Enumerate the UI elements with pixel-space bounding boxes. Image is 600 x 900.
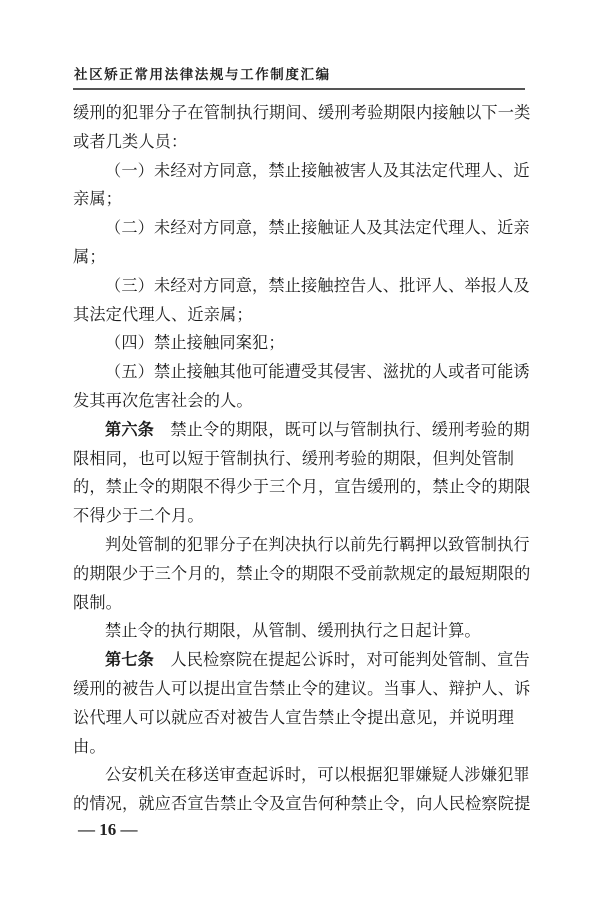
- line-text: 其法定代理人、近亲属；: [73, 305, 253, 324]
- document-page: 社区矫正常用法律法规与工作制度汇编 缓刑的犯罪分子在管制执行期间、缓刑考验期限内…: [0, 0, 600, 900]
- line-text: 的期限少于三个月的，禁止令的期限不受前款规定的最短期限的: [73, 564, 530, 583]
- line-text: 不得少于二个月。: [73, 506, 204, 525]
- line-text: 禁止令的执行期限，从管制、缓刑执行之日起计算。: [105, 621, 481, 640]
- text-line: 属；: [73, 243, 525, 272]
- line-text: 亲属；: [73, 189, 122, 208]
- text-line: 由。: [73, 733, 525, 762]
- text-line: 第六条 禁止令的期限，既可以与管制执行、缓刑考验的期: [73, 416, 525, 445]
- text-line: 公安机关在移送审查起诉时，可以根据犯罪嫌疑人涉嫌犯罪: [73, 761, 525, 790]
- line-text: 限相同，也可以短于管制执行、缓刑考验的期限，但判处管制: [73, 449, 514, 468]
- text-line: 的，禁止令的期限不得少于三个月，宣告缓刑的，禁止令的期限: [73, 473, 525, 502]
- text-line: 缓刑的犯罪分子在管制执行期间、缓刑考验期限内接触以下一类: [73, 99, 525, 128]
- text-line: （一）未经对方同意，禁止接触被害人及其法定代理人、近: [73, 157, 525, 186]
- line-text: （四）禁止接触同案犯；: [105, 333, 285, 352]
- body-text: 缓刑的犯罪分子在管制执行期间、缓刑考验期限内接触以下一类或者几类人员：（一）未经…: [73, 99, 525, 819]
- line-text: （五）禁止接触其他可能遭受其侵害、滋扰的人或者可能诱: [105, 362, 530, 381]
- line-text: 缓刑的被告人可以提出宣告禁止令的建议。当事人、辩护人、诉: [73, 679, 530, 698]
- text-line: 不得少于二个月。: [73, 502, 525, 531]
- text-line: （五）禁止接触其他可能遭受其侵害、滋扰的人或者可能诱: [73, 358, 525, 387]
- text-line: 限制。: [73, 589, 525, 618]
- text-line: 第七条 人民检察院在提起公诉时，对可能判处管制、宣告: [73, 646, 525, 675]
- line-text: 判处管制的犯罪分子在判决执行以前先行羁押以致管制执行: [105, 535, 530, 554]
- line-text: （一）未经对方同意，禁止接触被害人及其法定代理人、近: [105, 161, 530, 180]
- text-line: 亲属；: [73, 185, 525, 214]
- line-text: （二）未经对方同意，禁止接触证人及其法定代理人、近亲: [105, 218, 530, 237]
- text-line: 判处管制的犯罪分子在判决执行以前先行羁押以致管制执行: [73, 531, 525, 560]
- page-number: — 16 —: [78, 820, 138, 840]
- text-line: 的期限少于三个月的，禁止令的期限不受前款规定的最短期限的: [73, 560, 525, 589]
- text-line: 缓刑的被告人可以提出宣告禁止令的建议。当事人、辩护人、诉: [73, 675, 525, 704]
- text-line: 禁止令的执行期限，从管制、缓刑执行之日起计算。: [73, 617, 525, 646]
- text-line: 的情况，就应否宣告禁止令及宣告何种禁止令，向人民检察院提: [73, 790, 525, 819]
- article-label: 第七条: [105, 650, 154, 669]
- line-text: 讼代理人可以就应否对被告人宣告禁止令提出意见，并说明理: [73, 708, 514, 727]
- text-line: （四）禁止接触同案犯；: [73, 329, 525, 358]
- line-text: 或者几类人员：: [73, 132, 187, 151]
- line-text: 缓刑的犯罪分子在管制执行期间、缓刑考验期限内接触以下一类: [73, 103, 530, 122]
- line-text: 属；: [73, 247, 106, 266]
- text-line: 限相同，也可以短于管制执行、缓刑考验的期限，但判处管制: [73, 445, 525, 474]
- line-text: 的，禁止令的期限不得少于三个月，宣告缓刑的，禁止令的期限: [73, 477, 530, 496]
- line-text: 禁止令的期限，既可以与管制执行、缓刑考验的期: [154, 420, 530, 439]
- text-line: 讼代理人可以就应否对被告人宣告禁止令提出意见，并说明理: [73, 704, 525, 733]
- line-text: （三）未经对方同意，禁止接触控告人、批评人、举报人及: [105, 276, 530, 295]
- header-rule: [73, 88, 525, 90]
- text-line: 其法定代理人、近亲属；: [73, 301, 525, 330]
- line-text: 由。: [73, 737, 106, 756]
- line-text: 人民检察院在提起公诉时，对可能判处管制、宣告: [154, 650, 530, 669]
- text-line: （二）未经对方同意，禁止接触证人及其法定代理人、近亲: [73, 214, 525, 243]
- line-text: 发其再次危害社会的人。: [73, 391, 253, 410]
- text-line: 或者几类人员：: [73, 128, 525, 157]
- text-line: （三）未经对方同意，禁止接触控告人、批评人、举报人及: [73, 272, 525, 301]
- line-text: 的情况，就应否宣告禁止令及宣告何种禁止令，向人民检察院提: [73, 794, 530, 813]
- running-header: 社区矫正常用法律法规与工作制度汇编: [74, 63, 331, 83]
- text-line: 发其再次危害社会的人。: [73, 387, 525, 416]
- article-label: 第六条: [105, 420, 154, 439]
- line-text: 限制。: [73, 593, 122, 612]
- line-text: 公安机关在移送审查起诉时，可以根据犯罪嫌疑人涉嫌犯罪: [105, 765, 530, 784]
